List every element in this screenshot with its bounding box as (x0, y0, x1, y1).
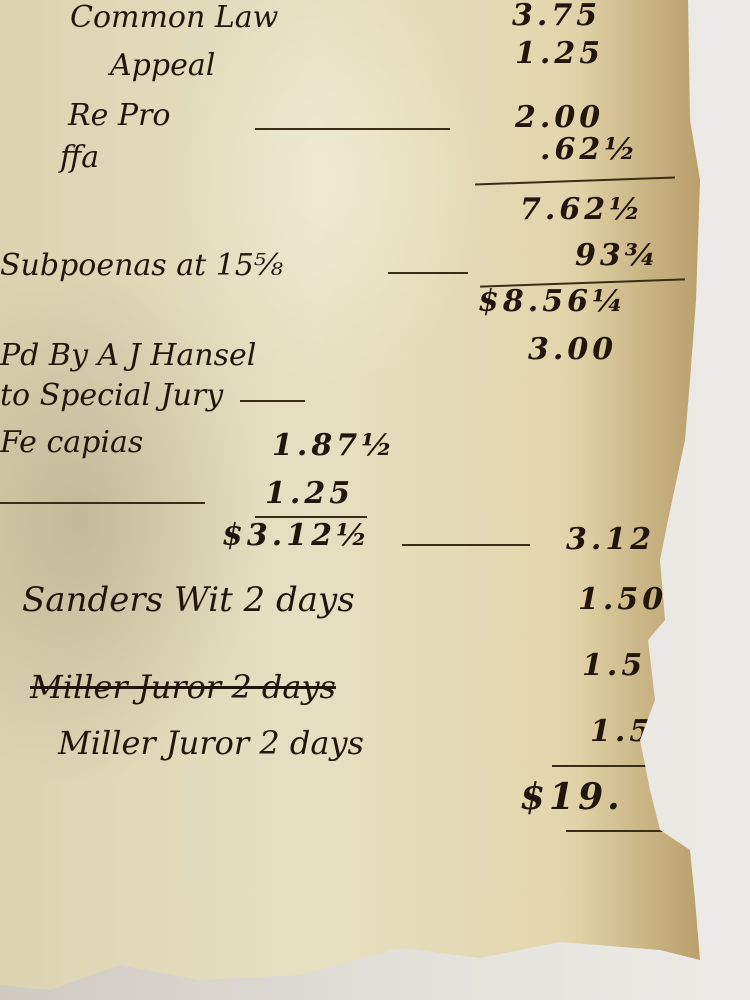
entry-amount: 1.50 (578, 582, 667, 617)
carried-amount: 3.12 (566, 522, 655, 557)
entry-amount: 3.75 (512, 0, 601, 33)
entry-amount: 2.00 (515, 100, 604, 135)
ledger-paper: Common Law 3.75 Appeal 1.25 Re Pro 2.00 … (0, 0, 700, 1000)
entry-amount: 1.25 (515, 36, 604, 71)
entry-description-struck: Miller Juror 2 days (30, 668, 336, 706)
entry-description: Common Law (70, 0, 278, 35)
entry-description: Pd By A J Hansel (0, 338, 256, 373)
entry-description: Appeal (110, 48, 215, 83)
total-amount: $8.56¼ (478, 284, 627, 319)
leader-line (240, 400, 305, 402)
entry-amount: 1.25 (265, 476, 354, 511)
entry-description: Fe capias (0, 425, 143, 460)
entry-description: Subpoenas at 15⅝ (0, 248, 283, 283)
leader-line (255, 128, 450, 130)
struck-text: Miller Juror 2 days (30, 668, 336, 706)
leader-line (402, 544, 530, 546)
sum-rule (552, 765, 652, 767)
entry-description: ffa (60, 140, 99, 175)
entry-description: Sanders Wit 2 days (22, 580, 355, 620)
grand-total-amount: $19. (520, 776, 624, 818)
entry-amount: 1.87½ (272, 428, 396, 463)
entry-description: to Special Jury (0, 378, 223, 413)
entry-amount: 3.00 (528, 332, 617, 367)
entry-amount: 1.5 (582, 648, 646, 683)
entry-description: Re Pro (68, 98, 170, 133)
entry-amount: 93¾ (575, 238, 660, 273)
leader-line (388, 272, 468, 274)
subtotal-amount: $3.12½ (222, 518, 371, 553)
entry-description: Miller Juror 2 days (58, 724, 364, 762)
leader-line (0, 502, 205, 504)
entry-amount: .62½ (540, 132, 639, 167)
subtotal-amount: 7.62½ (520, 192, 644, 227)
